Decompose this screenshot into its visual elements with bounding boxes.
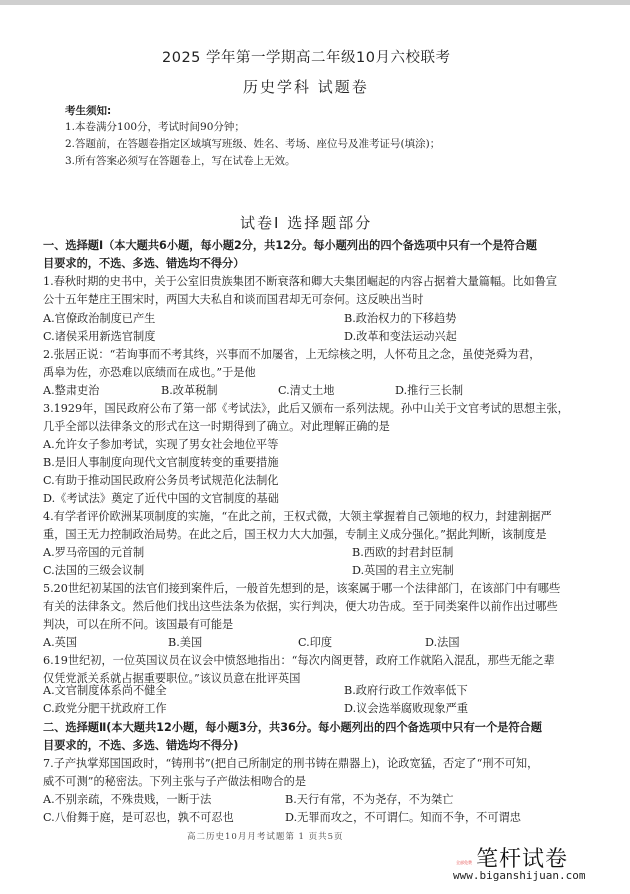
option: C.印度 <box>298 636 332 650</box>
option: A.允许女子参加考试，实现了男女社会地位平等 <box>43 438 278 452</box>
option: A.罗马帝国的元首制 <box>43 546 144 560</box>
question-stem: 2.张居正说：“若询事而不考其终，兴事而不加屡省，上无综核之明，人怀苟且之念，虽… <box>43 348 540 362</box>
subject-title: 历史学科 试题卷 <box>243 80 369 94</box>
option: A.官僚政治制度已产生 <box>43 312 155 326</box>
question-stem: 禹皋为佐，亦恐难以底绩而在成也。”于是他 <box>43 366 256 380</box>
option: C.清丈土地 <box>278 384 334 398</box>
question-stem: 公十五年楚庄王围宋时，两国大夫私自和谈而国君却无可奈何。这反映出当时 <box>43 293 423 307</box>
question-stem: 1.春秋时期的史书中，关于公室旧贵族集团不断衰落和卿大夫集团崛起的内容占据着大量… <box>43 275 557 289</box>
section-heading: 目要求的，不选、多选、错选均不得分) <box>43 739 238 753</box>
page-footer: 高二历史10月月考试题第 1 页共5页 <box>187 830 344 844</box>
option: A.不别亲疏，不殊贵贱，一断于法 <box>43 793 211 807</box>
question-stem: 4.有学者评价欧洲某项制度的实施，“在此之前，王权式微，大领主掌握着自己领地的权… <box>43 510 552 524</box>
option: B.政治权力的下移趋势 <box>344 312 456 326</box>
question-stem: 有关的法律条文。然后他们找出这些法条为依据，实行判决，便大功告成。至于同类案件以… <box>43 600 558 614</box>
notice-heading: 考生须知: <box>65 104 111 118</box>
part-title: 试卷Ⅰ 选择题部分 <box>240 216 372 230</box>
question-stem: 重，国王无力控制政治局势。在此之后，国王权力大大加强，专制主义成分强化。”据此判… <box>43 528 547 542</box>
question-stem: 判决，可以在所不问。该国最有可能是 <box>43 618 233 632</box>
option: D.推行三长制 <box>395 384 463 398</box>
option: B.天行有常，不为尧存，不为桀亡 <box>285 793 453 807</box>
option: D.法国 <box>425 636 460 650</box>
question-stem: 3.1929年，国民政府公布了第一部《考试法》，此后又颁布一系列法规。孙中山关于… <box>43 402 569 416</box>
option: B.政府行政工作效率低下 <box>344 684 468 698</box>
option: A.英国 <box>43 636 77 650</box>
option: B.改革税制 <box>161 384 218 398</box>
option: A.文官制度体系尚不健全 <box>43 684 167 698</box>
option: D.英国的君主立宪制 <box>352 564 454 578</box>
option: C.政党分肥干扰政府工作 <box>43 702 167 716</box>
option: D.改革和变法运动兴起 <box>344 330 457 344</box>
question-stem: 几乎全部以法律条文的形式在这一时期得到了确立。对此理解正确的是 <box>43 420 390 434</box>
watermark-tag: 全部免费 <box>456 860 472 866</box>
option: D.《考试法》奠定了近代中国的文官制度的基础 <box>43 492 279 506</box>
section-heading: 目要求的，不选、多选、错选均不得分） <box>43 257 244 271</box>
option: C.诸侯采用新选官制度 <box>43 330 155 344</box>
option: B.西欧的封君封臣制 <box>352 546 453 560</box>
question-stem: 7.子产执掌郑国国政时，“铸刑书”(把自己所制定的刑书铸在鼎器上)，论政宽猛，否… <box>43 757 538 771</box>
question-stem: 威不可测”的秘密法。下列主张与子产做法相吻合的是 <box>43 775 306 789</box>
watermark-url: www.biganshijuan.com <box>453 869 585 882</box>
option: A.整肃吏治 <box>43 384 99 398</box>
option: B.是旧人事制度向现代文官制度转变的重要措施 <box>43 456 279 470</box>
option: C.法国的三级会议制 <box>43 564 144 578</box>
top-border <box>0 0 630 5</box>
option: D.议会选举腐败现象严重 <box>344 702 468 716</box>
notice-item: 1.本卷满分100分，考试时间90分钟； <box>65 120 245 134</box>
option: C.有助于推动国民政府公务员考试规范化法制化 <box>43 474 278 488</box>
option: C.八佾舞于庭，是可忍也，孰不可忍也 <box>43 811 234 825</box>
section-heading: 一、选择题Ⅰ（本大题共6小题，每小题2分，共12分。每小题列出的四个备选项中只有… <box>43 239 537 253</box>
section-heading: 二、选择题Ⅱ(本大题共12小题，每小题3分，共36分。每小题列出的四个备选项中只… <box>43 721 542 735</box>
notice-item: 2.答题前，在答题卷指定区域填写班级、姓名、考场、座位号及准考证号(填涂)； <box>65 137 440 151</box>
question-stem: 6.19世纪初，一位英国议员在议会中愤怒地指出：“每次内阁更替，政府工作就陷入混… <box>43 654 555 668</box>
exam-title: 2025 学年第一学期高二年级10月六校联考 <box>162 51 450 65</box>
notice-item: 3.所有答案必须写在答题卷上，写在试卷上无效。 <box>65 154 296 168</box>
option: B.美国 <box>168 636 202 650</box>
question-stem: 5.20世纪初某国的法官们接到案件后，一般首先想到的是，该案属于哪一个法律部门，… <box>43 582 560 596</box>
option: D.无罪而攻之，不可谓仁。知而不争，不可谓忠 <box>285 811 521 825</box>
